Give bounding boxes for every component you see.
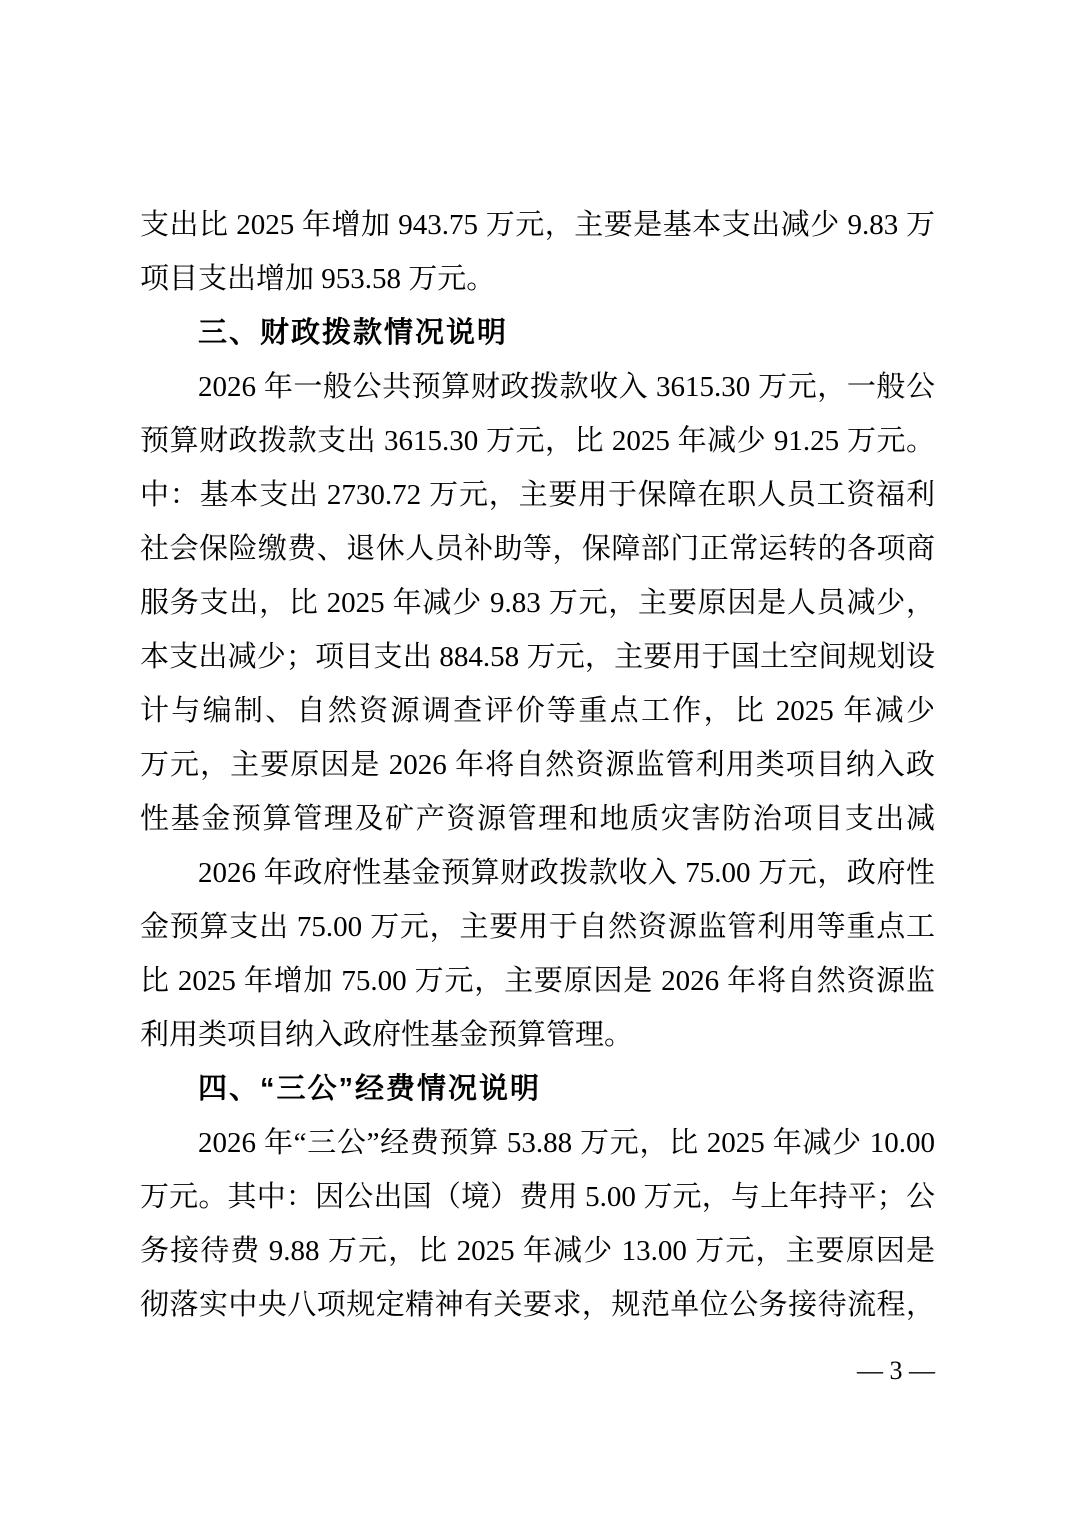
section-heading: 三、财政拨款情况说明 bbox=[140, 306, 935, 360]
text-line: 2026 年一般公共预算财政拨款收入 3615.30 万元，一般公共 bbox=[140, 360, 935, 414]
document-lines: 支出比 2025 年增加 943.75 万元，主要是基本支出减少 9.83 万元… bbox=[140, 198, 935, 1332]
text-line: 彻落实中央八项规定精神有关要求，规范单位公务接待流程，严 bbox=[140, 1278, 935, 1332]
text-line: 社会保险缴费、退休人员补助等，保障部门正常运转的各项商品 bbox=[140, 522, 935, 576]
document-page: 支出比 2025 年增加 943.75 万元，主要是基本支出减少 9.83 万元… bbox=[0, 0, 1074, 1520]
text-line: 金预算支出 75.00 万元，主要用于自然资源监管利用等重点工作， bbox=[140, 900, 935, 954]
text-line: 性基金预算管理及矿产资源管理和地质灾害防治项目支出减少。 bbox=[140, 792, 935, 846]
text-line: 项目支出增加 953.58 万元。 bbox=[140, 252, 935, 306]
text-line: 万元。其中：因公出国（境）费用 5.00 万元，与上年持平；公 bbox=[140, 1170, 935, 1224]
text-line: 万元，主要原因是 2026 年将自然资源监管利用类项目纳入政府 bbox=[140, 738, 935, 792]
text-line: 本支出减少；项目支出 884.58 万元，主要用于国土空间规划设 bbox=[140, 630, 935, 684]
text-line: 利用类项目纳入政府性基金预算管理。 bbox=[140, 1008, 935, 1062]
section-heading: 四、“三公”经费情况说明 bbox=[140, 1062, 935, 1116]
text-line: 比 2025 年增加 75.00 万元，主要原因是 2026 年将自然资源监管 bbox=[140, 954, 935, 1008]
text-line: 2026 年“三公”经费预算 53.88 万元，比 2025 年减少 10.00 bbox=[140, 1116, 935, 1170]
text-line: 中：基本支出 2730.72 万元，主要用于保障在职人员工资福利及 bbox=[140, 468, 935, 522]
page-number: — 3 — bbox=[857, 1354, 935, 1388]
text-line: 务接待费 9.88 万元，比 2025 年减少 13.00 万元，主要原因是贯 bbox=[140, 1224, 935, 1278]
text-line: 支出比 2025 年增加 943.75 万元，主要是基本支出减少 9.83 万元… bbox=[140, 198, 935, 252]
text-line: 预算财政拨款支出 3615.30 万元，比 2025 年减少 91.25 万元。… bbox=[140, 414, 935, 468]
text-line: 计与编制、自然资源调查评价等重点工作，比 2025 年减少 81.42 bbox=[140, 684, 935, 738]
text-line: 服务支出，比 2025 年减少 9.83 万元，主要原因是人员减少，基 bbox=[140, 576, 935, 630]
text-line: 2026 年政府性基金预算财政拨款收入 75.00 万元，政府性基 bbox=[140, 846, 935, 900]
